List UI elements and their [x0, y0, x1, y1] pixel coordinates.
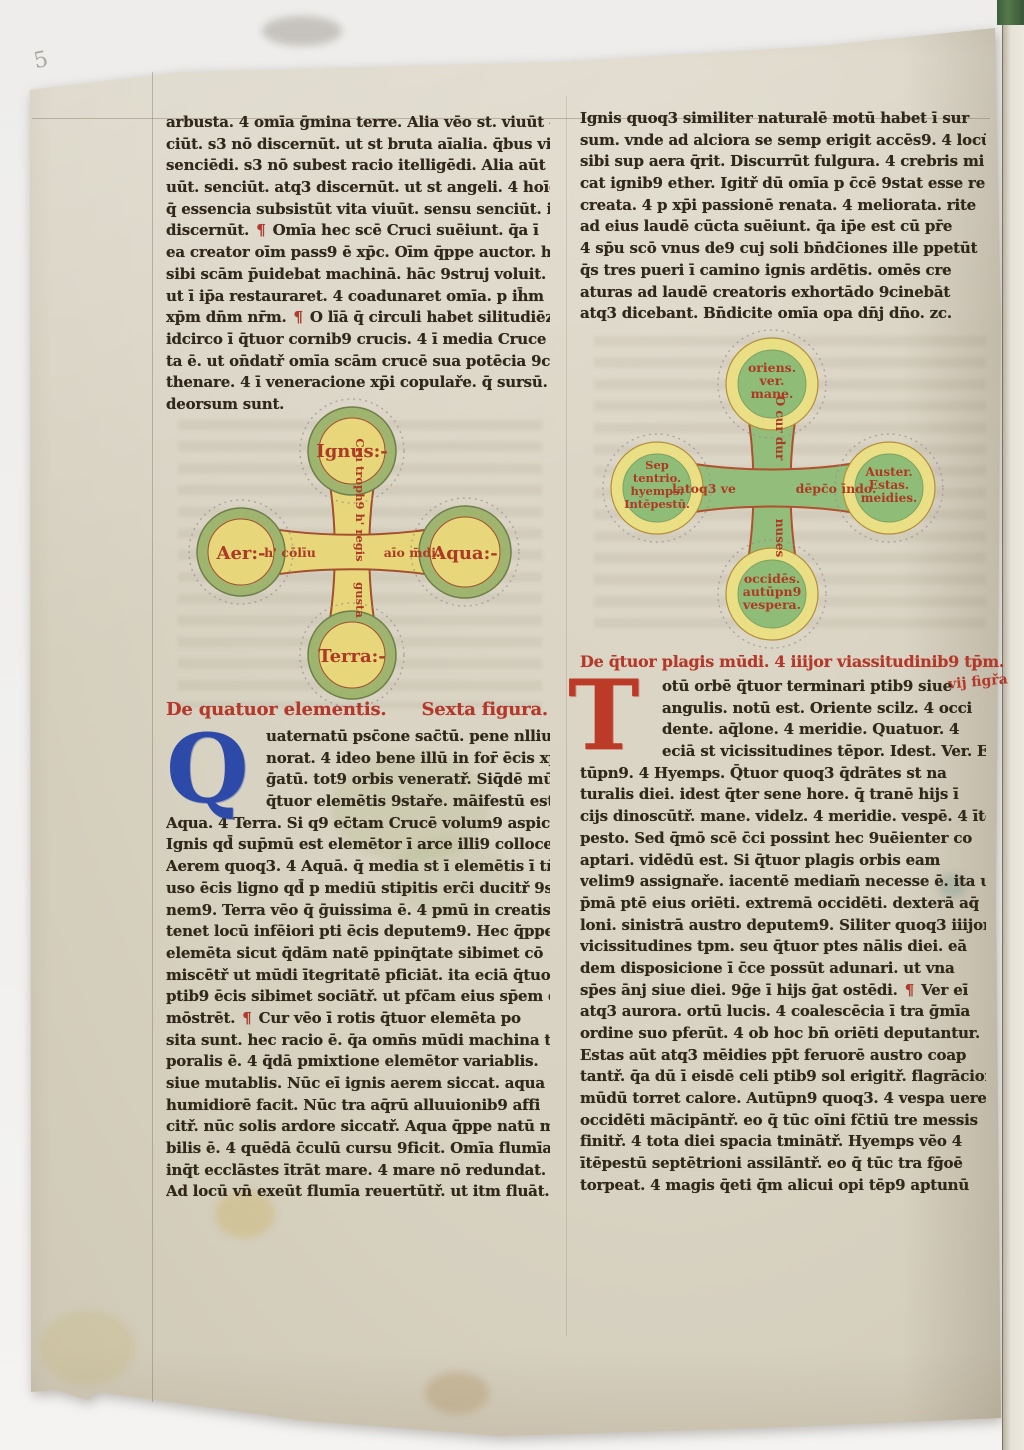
stain	[40, 1310, 135, 1385]
text-line: creata. 4 p xp̄i passionē renata. 4 meli…	[580, 195, 986, 217]
text-line: Ignis quoq3 similiter naturalē motū habe…	[580, 108, 986, 130]
right-heading: De q̄tuor plagis mūdi. 4 iiijor viassitu…	[580, 652, 986, 671]
text-line: ītēpestū septētrioni assilāntř. eo q̄ tū…	[580, 1153, 986, 1175]
text-line: sibi sup aera q̄rit. Discurrūt fulgura. …	[580, 151, 986, 173]
text-line: siue mutablis. Nūc eī ignis aerem siccat…	[166, 1073, 550, 1095]
next-page-edge	[1002, 0, 1024, 1450]
text-line: angulis. notū est. Oriente scilz. 4 occi	[662, 698, 986, 720]
text-line: sum. vnde ad alciora se semp erigit accē…	[580, 130, 986, 152]
text-line: ḡatū. tot9 orbis veneratř. Siq̄dē mūdū	[266, 769, 550, 791]
text-line: uaternatū psc̄one sac̄tū. pene nllius ig	[266, 726, 550, 748]
figure-caption: Sexta figura.	[422, 699, 549, 720]
text-line: ordine suo pferūt. 4 ob hoc bn̄ oriēti d…	[580, 1023, 986, 1045]
text-line: discernūt. ¶ Omīa hec scē Cruci suēiunt.…	[166, 220, 550, 242]
stem-inscription-upper: O cur dur	[773, 396, 787, 461]
text-line: ptib9 ēcis sibimet sociātř. ut pfc̄am ei…	[166, 986, 550, 1008]
center-inscription-right: aīo m̄di.	[384, 545, 441, 560]
text-line: ciūt. s3 nō discernūt. ut st bruta aīali…	[166, 134, 550, 156]
text-line: dem disposicione ī c̄ce possūt adunari. …	[580, 958, 986, 980]
text-line: norat. 4 ideo bene illū in for̄ ēcis xp̄…	[266, 748, 550, 770]
text-line: tūpn9. 4 Hyemps. Q̄tuor quoq3 q̄drātes s…	[580, 763, 986, 785]
text-line: uso ēcis ligno qd̄ p mediū stipitis erc̄…	[166, 878, 550, 900]
text-line: mōstrēt. ¶ Cur vēo ī rotis q̄tuor elemēt…	[166, 1008, 550, 1030]
ruling-line-left	[152, 72, 153, 1402]
text-line: arbusta. 4 omīa ḡmina terre. Alia vēo st…	[166, 112, 550, 134]
text-line: eciā st vicissitudines tēpor. Idest. Ver…	[662, 741, 986, 763]
text-line: ad eius laudē cūcta suēiunt. q̄a ip̄e es…	[580, 216, 986, 238]
septentrio-label: Intēpestū.	[624, 497, 690, 511]
text-line: sita sunt. hec racio ē. q̄a omn̄s mūdi m…	[166, 1030, 550, 1052]
text-line: ut ī ip̄a restauraret. 4 coadunaret omīa…	[166, 286, 550, 308]
text-line: cat ignib9 ether. Igitř dū omīa p c̄cē 9…	[580, 173, 986, 195]
text-line: p̄mā ptē eius oriēti. extremā occidēti. …	[580, 893, 986, 915]
text-line: senciēdi. s3 nō subest racio itelligēdi.…	[166, 155, 550, 177]
text-line: tantř. q̄a dū ī eisdē celi ptib9 sol eri…	[580, 1066, 986, 1088]
text-line: Aerem quoq3. 4 Aquā. q̄ media st ī elemē…	[166, 856, 550, 878]
drop-initial-t: T	[568, 668, 639, 764]
text-line: humidiorē facit. Nūc tra aq̄rū alluuioni…	[166, 1095, 550, 1117]
text-line: bilis ē. 4 quēdā c̄culū cursu 9ficit. Om…	[166, 1138, 550, 1160]
text-line: vicissitudines tpm. seu q̄tuor ptes nāli…	[580, 936, 986, 958]
left-column-paragraph-1: arbusta. 4 omīa ḡmina terre. Alia vēo st…	[166, 112, 550, 416]
text-line: turalis diei. idest q̄ter sene hore. q̄ …	[580, 784, 986, 806]
right-column-paragraph-1: Ignis quoq3 similiter naturalē motū habe…	[580, 108, 986, 325]
text-line: finitř. 4 tota diei spacia tminātř. Hyem…	[580, 1131, 986, 1153]
stem-inscription-upper: Cru troph9 h' regis	[353, 438, 367, 561]
text-line: q̄tuor elemētis 9staře. māifestū est. Id…	[266, 791, 550, 813]
text-line: uūt. senciūt. atq3 discernūt. ut st ange…	[166, 177, 550, 199]
right-column-paragraph-2: otū orbē q̄tuor terminari ptib9 siueangu…	[580, 676, 986, 1197]
text-line: velim9 assignaře. iacentē mediam̄ necess…	[580, 871, 986, 893]
text-line: dente. aq̄lone. 4 meridie. Quatuor. 4	[662, 719, 986, 741]
text-line: sp̄es ānj siue diei. 9ḡe ī hijs ḡat ostē…	[580, 980, 986, 1002]
stem-inscription-lower: gusta	[353, 582, 367, 618]
terra-label: Terra:-	[318, 646, 386, 667]
occidens-label: vespera.	[742, 597, 801, 612]
text-line: torpeat. 4 magis q̄eti q̄m alicui opi tē…	[580, 1175, 986, 1197]
drop-initial-q: Q	[166, 722, 249, 817]
center-inscription-left: h' cōlīu	[264, 545, 316, 560]
center-inscription-left: latoq3 ve	[672, 481, 736, 496]
text-line: xp̄m dn̄m nr̄m. ¶ O līā q̄ circuli habet…	[166, 307, 550, 329]
text-line: Ad locū vn̄ exeūt flumīa reuertūtř. ut i…	[166, 1181, 550, 1203]
text-line: atq3 aurora. ortū lucis. 4 coalescēcia ī…	[580, 1001, 986, 1023]
aer-label: Aer:-	[215, 543, 265, 564]
auster-label: Auster.	[864, 465, 912, 479]
four-elements-cross-diagram: Ignus:- Aer:- Aqua:- Terra:- h' cōlīu aī…	[182, 387, 522, 717]
text-line: elemēta sicut q̄dām natē ppinq̄tate sibi…	[166, 943, 550, 965]
text-line: aptari. vidēdū est. Si q̄tuor plagis orb…	[580, 850, 986, 872]
ruling-line-center	[566, 96, 567, 1336]
text-line: aturas ad laudē creatoris exhortādo 9cin…	[580, 282, 986, 304]
text-line: nem9. Terra vēo q̄ ḡuissima ē. 4 pmū in …	[166, 900, 550, 922]
text-line: 4 sp̄u scō vnus de9 cuj soli bn̄dc̄iones…	[580, 238, 986, 260]
text-line: tenet locū infēiori pti ēcis deputem9. H…	[166, 921, 550, 943]
text-line: Ignis qd̄ sup̄mū est elemētor ī arce ill…	[166, 834, 550, 856]
text-line: citř. nūc solis ardore siccatř. Aqua q̄p…	[166, 1116, 550, 1138]
binding-band	[997, 0, 1024, 25]
text-line: loni. sinistrā austro deputem9. Siliter …	[580, 915, 986, 937]
text-line: pesto. Sed q̄mō scē c̄ci possint hec 9uē…	[580, 828, 986, 850]
text-line: inq̄t ecclāstes ītrāt mare. 4 mare nō re…	[166, 1160, 550, 1182]
aqua-label: Aqua:-	[431, 543, 497, 564]
stain	[425, 1372, 489, 1414]
stem-inscription-lower: nuses	[773, 519, 787, 558]
center-inscription-right: dēpc̄o īndo.	[796, 481, 877, 496]
ignis-label: Ignus:-	[316, 441, 387, 462]
four-regions-cross-diagram: oriens. ver. mane. Sep tentrio. hyemps. …	[597, 318, 947, 658]
text-line: ta ē. ut on̄datř omīa scām crucē sua pot…	[166, 351, 550, 373]
text-line: q̄ essencia subsistūt vita viuūt. sensu …	[166, 199, 550, 221]
text-line: cijs dinoscūtř. mane. videlz. 4 meridie.…	[580, 806, 986, 828]
text-line: sibi scām p̄uidebat machinā. hāc 9struj …	[166, 264, 550, 286]
text-line: otū orbē q̄tuor terminari ptib9 siue	[662, 676, 986, 698]
manuscript-scan: { "page": { "folio_mark": "5", "left_col…	[0, 0, 1024, 1450]
text-line: Estas aūt atq3 mēidies pp̄t feruorē aust…	[580, 1045, 986, 1067]
text-line: mūdū torret calore. Autūpn9 quoq3. 4 ves…	[580, 1088, 986, 1110]
text-line: ea creator oīm pass9 ē xp̄c. Oīm q̄ppe a…	[166, 242, 550, 264]
text-line: miscētř ut mūdi ītegritatē pficiāt. ita …	[166, 965, 550, 987]
stain	[262, 16, 342, 46]
text-line: idcirco ī q̄tuor cornib9 crucis. 4 ī med…	[166, 329, 550, 351]
text-line: poralis ē. 4 q̄dā pmixtione elemētor var…	[166, 1051, 550, 1073]
text-line: occidēti mācipāntř. eo q̄ tūc oīni fc̄ti…	[580, 1110, 986, 1132]
septentrio-label: Sep	[645, 458, 669, 472]
text-line: q̄s tres pueri ī camino ignis ardētis. o…	[580, 260, 986, 282]
